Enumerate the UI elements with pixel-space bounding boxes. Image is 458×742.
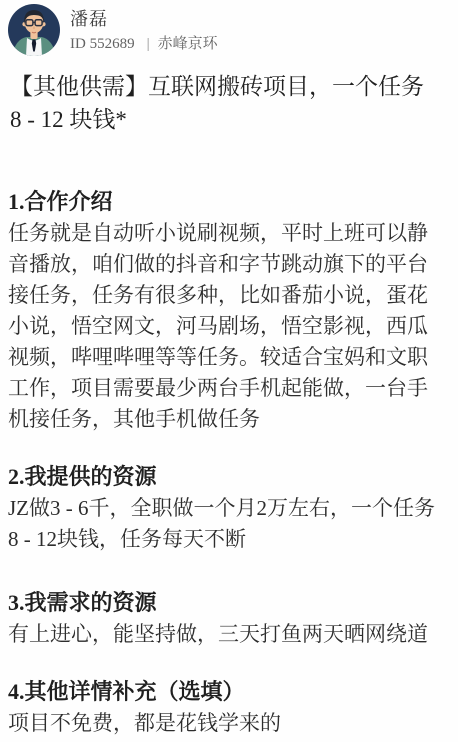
cartoon-man-avatar-icon	[8, 4, 60, 56]
section-cooperation-intro: 1.合作介绍 任务就是自动听小说刷视频，平时上班可以静 音播放，咱们做的抖音和字…	[0, 186, 458, 435]
user-name[interactable]: 潘磊	[70, 7, 218, 31]
section-body: JZ做3 - 6千，全职做一个月2万左右，一个任务 8 - 12块钱，任务每天不…	[8, 493, 450, 555]
meta-divider: |	[147, 34, 150, 54]
section-resources-needed: 3.我需求的资源 有上进心，能坚持做，三天打鱼两天晒网绕道	[0, 587, 458, 650]
user-info: 潘磊 ID 552689 | 赤峰京环	[70, 4, 218, 54]
user-org: 赤峰京环	[158, 34, 218, 54]
section-body: 任务就是自动听小说刷视频，平时上班可以静 音播放，咱们做的抖音和字节跳动旗下的平…	[8, 218, 450, 435]
section-body: 项目不免费，都是花钱学来的	[8, 708, 450, 739]
profile-header: 潘磊 ID 552689 | 赤峰京环	[0, 0, 458, 56]
section-heading: 1.合作介绍	[8, 186, 450, 218]
section-heading: 2.我提供的资源	[8, 461, 450, 493]
section-heading: 3.我需求的资源	[8, 587, 450, 619]
section-heading: 4.其他详情补充（选填）	[8, 676, 450, 708]
post-title: 【其他供需】互联网搬砖项目，一个任务 8 - 12 块钱*	[10, 70, 448, 136]
section-body: 有上进心，能坚持做，三天打鱼两天晒网绕道	[8, 619, 450, 650]
section-resources-provided: 2.我提供的资源 JZ做3 - 6千，全职做一个月2万左右，一个任务 8 - 1…	[0, 461, 458, 555]
user-id: ID 552689	[70, 34, 135, 54]
user-meta-row: ID 552689 | 赤峰京环	[70, 34, 218, 54]
avatar[interactable]	[8, 4, 60, 56]
post-page: 潘磊 ID 552689 | 赤峰京环 【其他供需】互联网搬砖项目，一个任务 8…	[0, 0, 458, 742]
section-other-details: 4.其他详情补充（选填） 项目不免费，都是花钱学来的	[0, 676, 458, 739]
